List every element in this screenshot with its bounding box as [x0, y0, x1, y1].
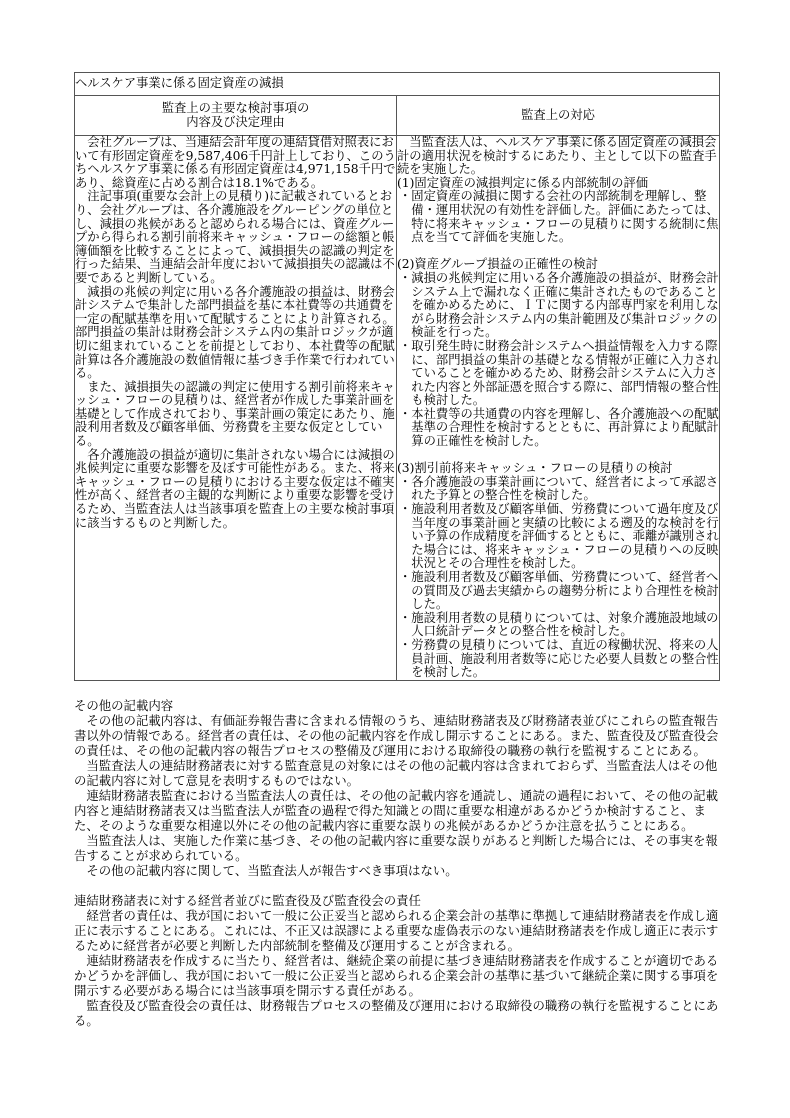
report-body-text: その他の記載内容 その他の記載内容は、有価証券報告書に含まれる情報のうち、連結財…: [74, 698, 719, 1028]
section-heading: その他の記載内容: [74, 698, 719, 713]
kam-right-cell: 当監査法人は、ヘルスケア事業に係る固定資産の減損会計の適用状況を検討するにあたり…: [397, 136, 720, 681]
procedure-bullet: ・施設利用者数及び顧客単価、労務費について過年度及び当年度の事業計画と実績の比較…: [399, 503, 719, 571]
procedure-bullet: ・各介護施設の事業計画について、経営者によって承認された予算との整合性を検討した…: [399, 476, 719, 503]
procedure-bullet: ・減損の兆候判定に用いる各介護施設の損益が、財務会計システム上で漏れなく正確に集…: [399, 272, 719, 340]
section-other-information: その他の記載内容 その他の記載内容は、有価証券報告書に含まれる情報のうち、連結財…: [74, 698, 719, 878]
kam-left-cell: 会社グループは、当連結会計年度の連結貸借対照表において有形固定資産を9,587,…: [75, 136, 397, 681]
kam-procedure-section-1: (1)固定資産の減損判定に係る内部統制の評価 ・固定資産の減損に関する会社の内部…: [397, 177, 719, 245]
section-paragraph: 経営者の責任は、我が国において一般に公正妥当と認められる企業会計の基準に準拠して…: [74, 908, 719, 953]
procedure-bullet: ・施設利用者数の見積りについては、対象介護施設地域の人口統計データとの整合性を検…: [399, 612, 719, 639]
section-paragraph: 当監査法人は、実施した作業に基づき、その他の記載内容に重要な誤りがあると判断した…: [74, 833, 719, 863]
kam-left-paragraph: 各介護施設の損益が適切に集計されない場合には減損の兆候判定に重要な影響を及ぼす可…: [75, 449, 396, 531]
kam-body-row: 会社グループは、当連結会計年度の連結貸借対照表において有形固定資産を9,587,…: [75, 136, 720, 681]
kam-right-intro: 当監査法人は、ヘルスケア事業に係る固定資産の減損会計の適用状況を検討するにあたり…: [397, 136, 719, 177]
section-paragraph: その他の記載内容は、有価証券報告書に含まれる情報のうち、連結財務諸表及び財務諸表…: [74, 713, 719, 758]
kam-header-row: 監査上の主要な検討事項の 内容及び決定理由 監査上の対応: [75, 96, 720, 136]
procedure-bullet: ・施設利用者数及び顧客単価、労務費について、経営者への質問及び過去実績からの趨勢…: [399, 571, 719, 612]
procedure-bullet: ・取引発生時に財務会計システムへ損益情報を入力する際に、部門損益の集計の基礎とな…: [399, 340, 719, 408]
procedure-bullet: ・本社費等の共通費の内容を理解し、各介護施設への配賦基準の合理性を検討するととも…: [399, 408, 719, 449]
kam-title-row: ヘルスケア事業に係る固定資産の減損: [75, 73, 720, 96]
procedure-heading: (2)資産グループ損益の正確性の検討: [397, 258, 719, 272]
kam-left-paragraph: 会社グループは、当連結会計年度の連結貸借対照表において有形固定資産を9,587,…: [75, 136, 396, 190]
kam-procedure-section-2: (2)資産グループ損益の正確性の検討 ・減損の兆候判定に用いる各介護施設の損益が…: [397, 258, 719, 448]
kam-header-left-line1: 監査上の主要な検討事項の: [75, 102, 396, 116]
procedure-bullet: ・労務費の見積りについては、直近の稼働状況、将来の人員計画、施設利用者数等に応じ…: [399, 639, 719, 680]
procedure-heading: (3)割引前将来キャッシュ・フローの見積りの検討: [397, 462, 719, 476]
section-heading: 連結財務諸表に対する経営者並びに監査役及び監査役会の責任: [74, 893, 719, 908]
document-content: ヘルスケア事業に係る固定資産の減損 監査上の主要な検討事項の 内容及び決定理由 …: [74, 72, 719, 1028]
section-paragraph: 連結財務諸表を作成するに当たり、経営者は、継続企業の前提に基づき連結財務諸表を作…: [74, 953, 719, 998]
section-management-responsibility: 連結財務諸表に対する経営者並びに監査役及び監査役会の責任 経営者の責任は、我が国…: [74, 893, 719, 1028]
kam-header-left-line2: 内容及び決定理由: [75, 116, 396, 130]
kam-header-left: 監査上の主要な検討事項の 内容及び決定理由: [75, 96, 397, 136]
kam-left-paragraph: 減損の兆候の判定に用いる各介護施設の損益は、財務会計システムで集計した部門損益を…: [75, 286, 396, 381]
kam-table: ヘルスケア事業に係る固定資産の減損 監査上の主要な検討事項の 内容及び決定理由 …: [74, 72, 720, 681]
section-paragraph: 監査役及び監査役会の責任は、財務報告プロセスの整備及び運用における取締役の職務の…: [74, 998, 719, 1028]
procedure-bullet: ・固定資産の減損に関する会社の内部統制を理解し、整備・運用状況の有効性を評価した…: [399, 190, 719, 244]
kam-table-title: ヘルスケア事業に係る固定資産の減損: [75, 73, 720, 96]
kam-procedure-section-3: (3)割引前将来キャッシュ・フローの見積りの検討 ・各介護施設の事業計画について…: [397, 462, 719, 680]
audit-report-page: ヘルスケア事業に係る固定資産の減損 監査上の主要な検討事項の 内容及び決定理由 …: [0, 0, 790, 1118]
kam-header-right: 監査上の対応: [397, 96, 720, 136]
kam-left-paragraph: 注記事項(重要な会計上の見積り)に記載されているとおり、会社グループは、各介護施…: [75, 190, 396, 285]
section-paragraph: 当監査法人の連結財務諸表に対する監査意見の対象にはその他の記載内容は含まれておら…: [74, 758, 719, 788]
section-paragraph: 連結財務諸表監査における当監査法人の責任は、その他の記載内容を通読し、通読の過程…: [74, 788, 719, 833]
section-paragraph: その他の記載内容に関して、当監査法人が報告すべき事項はない。: [74, 863, 719, 878]
kam-left-paragraph: また、減損損失の認識の判定に使用する割引前将来キャッシュ・フローの見積りは、経営…: [75, 381, 396, 449]
